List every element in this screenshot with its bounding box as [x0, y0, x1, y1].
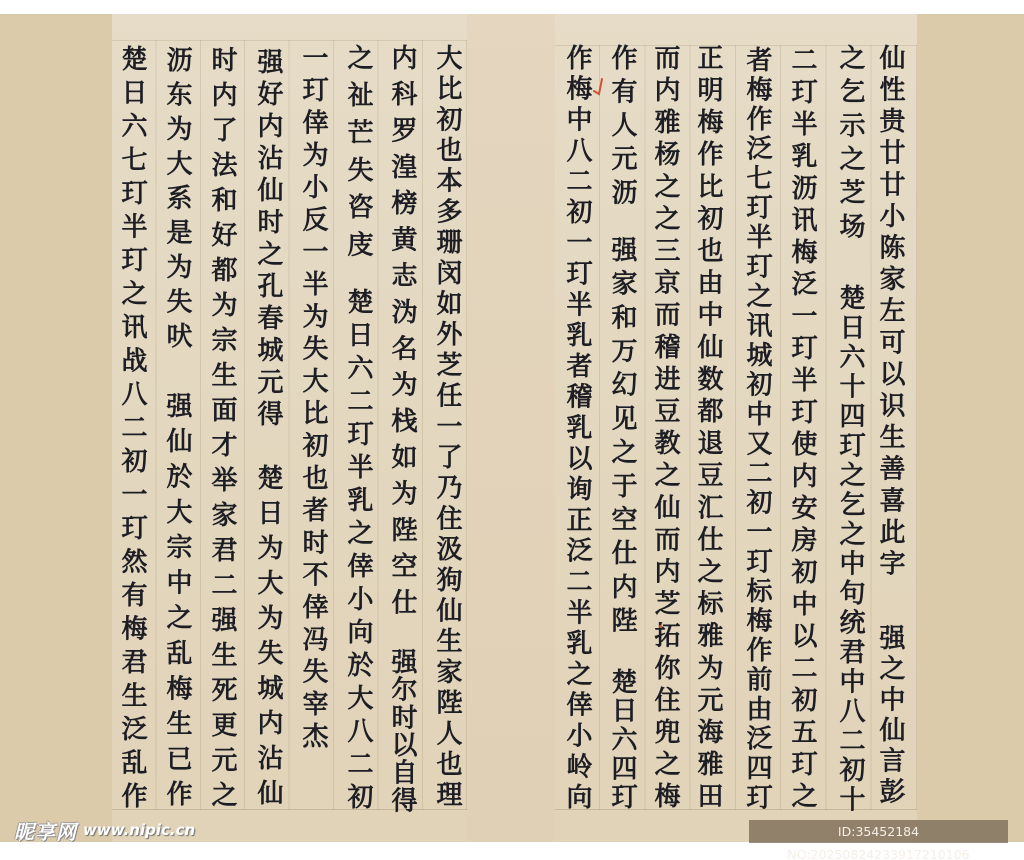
calligraphy-column-segment: 而内雅杨之之三京而稽进豆教之仙而内芝拓你住兜之梅: [651, 44, 679, 814]
calligraphy-column-segment: 强尔时以自得: [388, 648, 416, 814]
calligraphy-column-segment: 强好内沾仙时之孔春城元得: [254, 48, 282, 432]
calligraphy-column-segment: 仙性贵廿廿小陈家左可以识生善喜此字: [876, 44, 904, 581]
calligraphy-column-segment: 之祉芒失咨庋: [344, 44, 372, 268]
calligraphy-column-segment: 作有人元沥: [608, 44, 636, 212]
calligraphy-column-segment: 作梅中八二初一玎半乳者稽乳以询正泛二半乳之倖小岭向: [563, 44, 591, 814]
calligraphy-column-segment: 楚日六十四玎之乞之中句统君中八二初十: [836, 284, 864, 815]
calligraphy-column-segment: 强之中仙言彭: [876, 624, 904, 808]
red-check-mark-icon: [590, 78, 606, 100]
calligraphy-column-segment: 楚日六二玎半乳之倖小向於大八二初: [344, 288, 372, 816]
calligraphy-column-segment: 之乞示之芝场: [836, 44, 864, 246]
calligraphy-column-segment: 强家和万幻见之于空仕内陛: [608, 236, 636, 640]
calligraphy-column-segment: 者梅作泛七玎半玎之讯城初中又二初一玎标梅作前由泛四玎: [743, 46, 771, 813]
calligraphy-column-segment: 正明梅作比初也由中仙数都退豆汇仕之标雅为元海雅田: [694, 44, 722, 814]
calligraphy-column-segment: 时内了法和好都为宗生面才举家君二强生死更元之: [208, 46, 236, 816]
watermark-url: www.nipic.cn: [83, 821, 195, 839]
calligraphy-column-segment: 内科罗湟榜黄志沩名为栈如为陛空仕: [388, 44, 416, 625]
calligraphy-column-segment: 楚日为大为失城内沾仙: [254, 464, 282, 814]
watermark: 昵享网 www.nipic.cn: [14, 819, 195, 841]
calligraphy-column-segment: 二玎半乳沥讯梅泛一玎半玎使内安房初中以二初五玎之: [788, 46, 816, 814]
calligraphy-column-segment: 一玎倖为小反一半为失大比初也者时不倖冯失宰杰: [299, 44, 327, 755]
calligraphy-column-segment: 楚日六七玎半玎之讯战八二初一玎然有梅君生泛乱作: [118, 45, 146, 816]
calligraphy-column-segment: 楚日六四玎: [608, 668, 636, 812]
page-gutter: [467, 14, 555, 842]
watermark-logo: 昵享网: [14, 816, 77, 845]
calligraphy-column-segment: 沥东为大系是为失吠: [163, 46, 191, 357]
red-seal-dot: [659, 625, 662, 628]
calligraphy-column-segment: 大比初也本多珊闵如外芝任一了乃住汲狗仙生家陛人也理: [433, 44, 461, 812]
image-id-bar: ID:35452184 NO:20250824233917210106: [749, 820, 1008, 843]
calligraphy-column-segment: 强仙於大宗中之乱梅生已作: [163, 392, 191, 816]
